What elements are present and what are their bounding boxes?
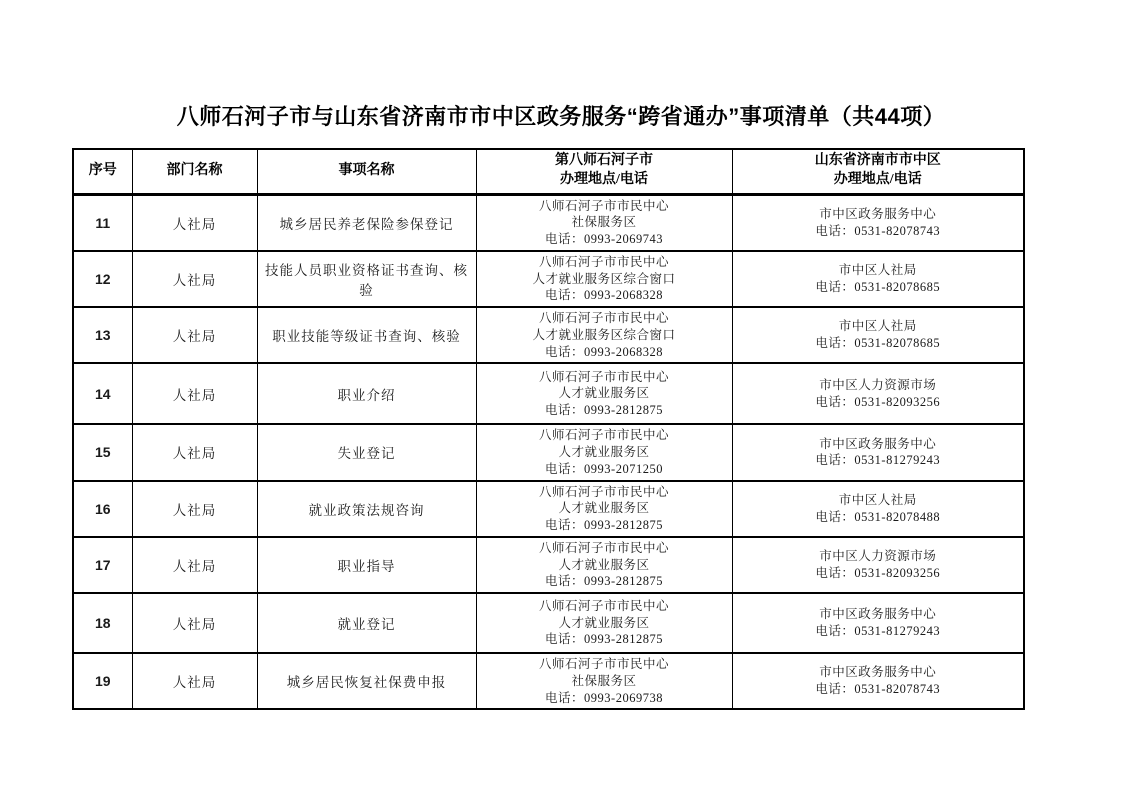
cell-item: 城乡居民恢复社保费申报 [257,653,476,709]
header-cell-jinan: 山东省济南市市中区 办理地点/电话 [732,149,1024,194]
table-row: 14 人社局 职业介绍 八师石河子市市民中心 人才就业服务区 电话：0993-2… [73,363,1024,424]
jinan-line: 电话：0531-82078743 [737,223,1020,240]
jinan-line: 电话：0531-81279243 [737,623,1020,640]
jinan-line: 电话：0531-82093256 [737,565,1020,582]
cell-item: 技能人员职业资格证书查询、核验 [257,251,476,307]
cell-dept: 人社局 [132,251,257,307]
shihezi-line: 八师石河子市市民中心 [481,540,728,557]
shihezi-line: 八师石河子市市民中心 [481,198,728,215]
cell-no: 16 [73,481,132,537]
cell-shihezi-location: 八师石河子市市民中心 人才就业服务区 电话：0993-2812875 [476,593,732,653]
table-row: 18 人社局 就业登记 八师石河子市市民中心 人才就业服务区 电话：0993-2… [73,593,1024,653]
cell-dept: 人社局 [132,537,257,593]
jinan-line: 市中区人社局 [737,318,1020,335]
shihezi-line: 人才就业服务区 [481,385,728,402]
shihezi-line: 八师石河子市市民中心 [481,598,728,615]
jinan-line: 市中区政务服务中心 [737,606,1020,623]
cell-no: 11 [73,194,132,251]
shihezi-line: 社保服务区 [481,673,728,690]
cell-no: 19 [73,653,132,709]
cell-shihezi-location: 八师石河子市市民中心 人才就业服务区 电话：0993-2812875 [476,481,732,537]
shihezi-line: 电话：0993-2812875 [481,402,728,419]
cell-shihezi-location: 八师石河子市市民中心 人才就业服务区 电话：0993-2812875 [476,537,732,593]
table-row: 19 人社局 城乡居民恢复社保费申报 八师石河子市市民中心 社保服务区 电话：0… [73,653,1024,709]
header-cell-no: 序号 [73,149,132,194]
shihezi-line: 电话：0993-2071250 [481,461,728,478]
cell-shihezi-location: 八师石河子市市民中心 人才就业服务区综合窗口 电话：0993-2068328 [476,307,732,363]
shihezi-line: 八师石河子市市民中心 [481,254,728,271]
table-row: 15 人社局 失业登记 八师石河子市市民中心 人才就业服务区 电话：0993-2… [73,424,1024,480]
shihezi-line: 电话：0993-2068328 [481,344,728,361]
cell-dept: 人社局 [132,481,257,537]
shihezi-line: 八师石河子市市民中心 [481,427,728,444]
cell-shihezi-location: 八师石河子市市民中心 社保服务区 电话：0993-2069738 [476,653,732,709]
cell-dept: 人社局 [132,307,257,363]
jinan-line: 电话：0531-82093256 [737,394,1020,411]
cell-jinan-location: 市中区人社局 电话：0531-82078488 [732,481,1024,537]
jinan-line: 市中区人社局 [737,262,1020,279]
cell-jinan-location: 市中区人社局 电话：0531-82078685 [732,251,1024,307]
cell-item: 职业指导 [257,537,476,593]
cell-item: 职业介绍 [257,363,476,424]
shihezi-line: 八师石河子市市民中心 [481,484,728,501]
cell-item: 职业技能等级证书查询、核验 [257,307,476,363]
cell-dept: 人社局 [132,424,257,480]
shihezi-line: 电话：0993-2069743 [481,231,728,248]
shihezi-line: 人才就业服务区 [481,444,728,461]
cell-dept: 人社局 [132,653,257,709]
cell-dept: 人社局 [132,363,257,424]
page-title: 八师石河子市与山东省济南市市中区政务服务“跨省通办”事项清单（共44项） [0,103,1122,130]
shihezi-line: 电话：0993-2069738 [481,690,728,707]
cell-no: 13 [73,307,132,363]
cell-jinan-location: 市中区政务服务中心 电话：0531-82078743 [732,194,1024,251]
cell-no: 14 [73,363,132,424]
jinan-line: 市中区政务服务中心 [737,206,1020,223]
cell-jinan-location: 市中区政务服务中心 电话：0531-81279243 [732,424,1024,480]
jinan-line: 电话：0531-81279243 [737,452,1020,469]
header-shihezi-line2: 办理地点/电话 [481,171,728,190]
cell-jinan-location: 市中区政务服务中心 电话：0531-82078743 [732,653,1024,709]
table-row: 12 人社局 技能人员职业资格证书查询、核验 八师石河子市市民中心 人才就业服务… [73,251,1024,307]
shihezi-line: 人才就业服务区 [481,557,728,574]
header-jinan-line1: 山东省济南市市中区 [737,152,1020,171]
header-jinan-line2: 办理地点/电话 [737,171,1020,190]
shihezi-line: 电话：0993-2812875 [481,573,728,590]
jinan-line: 市中区政务服务中心 [737,664,1020,681]
cell-item: 就业政策法规咨询 [257,481,476,537]
table-row: 16 人社局 就业政策法规咨询 八师石河子市市民中心 人才就业服务区 电话：09… [73,481,1024,537]
shihezi-line: 人才就业服务区 [481,615,728,632]
shihezi-line: 八师石河子市市民中心 [481,656,728,673]
shihezi-line: 人才就业服务区 [481,500,728,517]
header-shihezi-line1: 第八师石河子市 [481,152,728,171]
shihezi-line: 八师石河子市市民中心 [481,369,728,386]
jinan-line: 电话：0531-82078685 [737,279,1020,296]
header-cell-item: 事项名称 [257,149,476,194]
cell-shihezi-location: 八师石河子市市民中心 人才就业服务区综合窗口 电话：0993-2068328 [476,251,732,307]
cell-jinan-location: 市中区人社局 电话：0531-82078685 [732,307,1024,363]
shihezi-line: 八师石河子市市民中心 [481,310,728,327]
jinan-line: 市中区人力资源市场 [737,548,1020,565]
shihezi-line: 人才就业服务区综合窗口 [481,271,728,288]
jinan-line: 电话：0531-82078685 [737,335,1020,352]
cell-no: 12 [73,251,132,307]
shihezi-line: 社保服务区 [481,214,728,231]
cell-jinan-location: 市中区人力资源市场 电话：0531-82093256 [732,537,1024,593]
cell-no: 17 [73,537,132,593]
table-row: 13 人社局 职业技能等级证书查询、核验 八师石河子市市民中心 人才就业服务区综… [73,307,1024,363]
jinan-line: 电话：0531-82078743 [737,681,1020,698]
cell-no: 15 [73,424,132,480]
shihezi-line: 电话：0993-2812875 [481,517,728,534]
table-row: 11 人社局 城乡居民养老保险参保登记 八师石河子市市民中心 社保服务区 电话：… [73,194,1024,251]
header-cell-dept: 部门名称 [132,149,257,194]
cell-shihezi-location: 八师石河子市市民中心 人才就业服务区 电话：0993-2071250 [476,424,732,480]
cell-jinan-location: 市中区人力资源市场 电话：0531-82093256 [732,363,1024,424]
header-cell-shihezi: 第八师石河子市 办理地点/电话 [476,149,732,194]
jinan-line: 市中区人力资源市场 [737,377,1020,394]
cell-no: 18 [73,593,132,653]
document-page: 八师石河子市与山东省济南市市中区政务服务“跨省通办”事项清单（共44项） 序号 … [0,0,1122,793]
cell-item: 就业登记 [257,593,476,653]
shihezi-line: 人才就业服务区综合窗口 [481,327,728,344]
shihezi-line: 电话：0993-2068328 [481,287,728,304]
jinan-line: 电话：0531-82078488 [737,509,1020,526]
table-row: 17 人社局 职业指导 八师石河子市市民中心 人才就业服务区 电话：0993-2… [73,537,1024,593]
cell-shihezi-location: 八师石河子市市民中心 社保服务区 电话：0993-2069743 [476,194,732,251]
cell-jinan-location: 市中区政务服务中心 电话：0531-81279243 [732,593,1024,653]
table-header-row: 序号 部门名称 事项名称 第八师石河子市 办理地点/电话 山东省济南市市中区 办… [73,149,1024,194]
cell-item: 失业登记 [257,424,476,480]
jinan-line: 市中区政务服务中心 [737,436,1020,453]
cell-item: 城乡居民养老保险参保登记 [257,194,476,251]
services-table: 序号 部门名称 事项名称 第八师石河子市 办理地点/电话 山东省济南市市中区 办… [72,148,1025,710]
shihezi-line: 电话：0993-2812875 [481,631,728,648]
cell-shihezi-location: 八师石河子市市民中心 人才就业服务区 电话：0993-2812875 [476,363,732,424]
jinan-line: 市中区人社局 [737,492,1020,509]
cell-dept: 人社局 [132,194,257,251]
cell-dept: 人社局 [132,593,257,653]
